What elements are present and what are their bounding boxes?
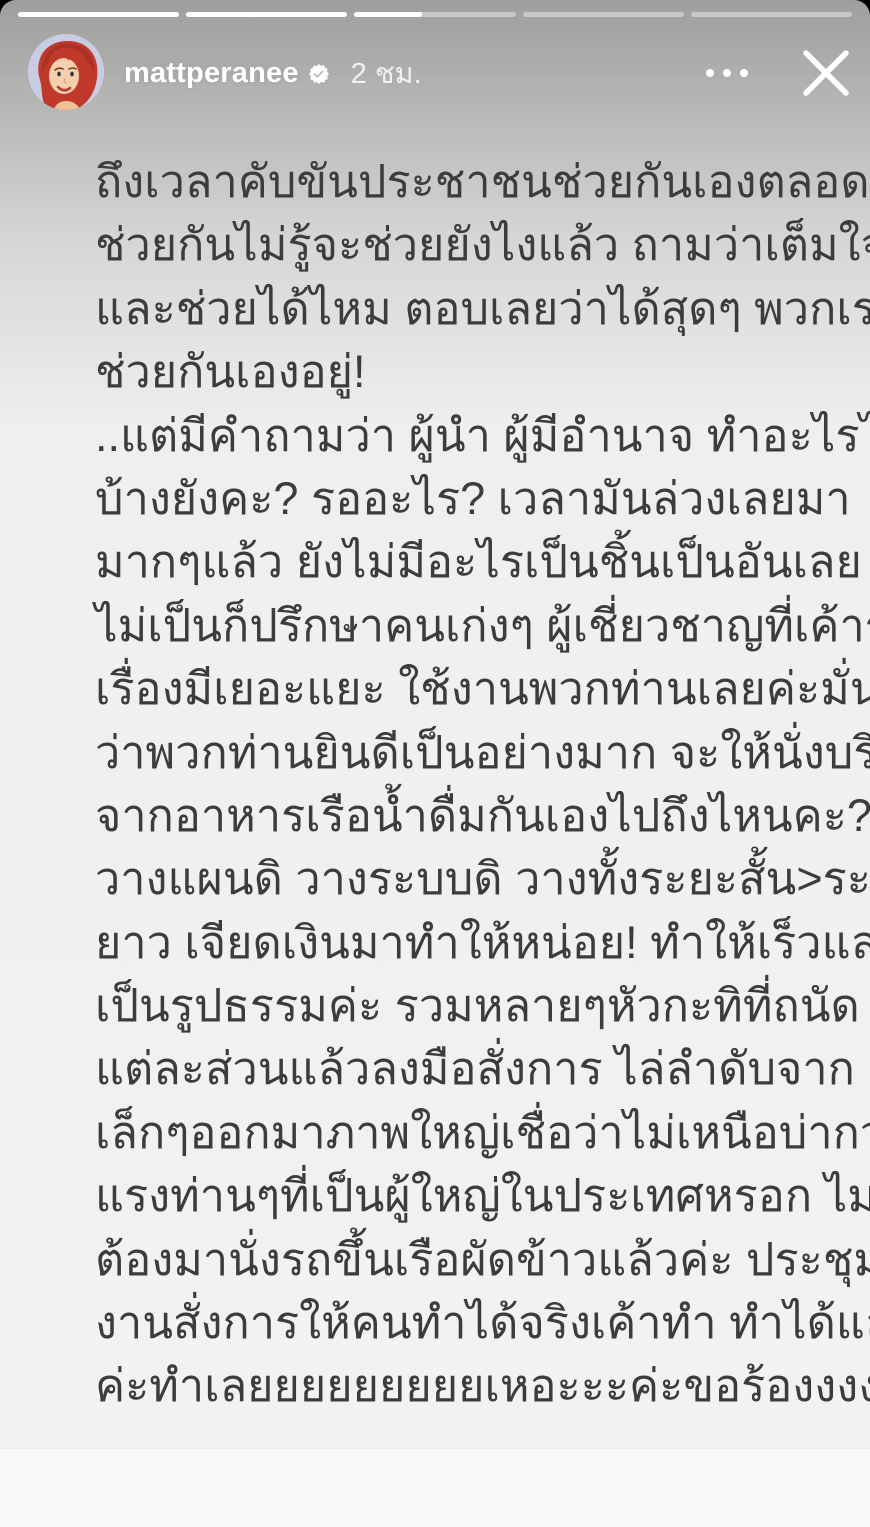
x-close-icon (802, 49, 850, 97)
story-text-line: ถึงเวลาคับขันประชาชนช่วยกันเองตลอด นี่ก็ (95, 150, 830, 213)
close-button[interactable] (800, 47, 852, 99)
story-text-line: แต่ละส่วนแล้วลงมือสั่งการ ไล่ลำดับจาก (95, 1037, 830, 1100)
story-text-line: ต้องมานั่งรถขึ้นเรือผัดข้าวแล้วค่ะ ประชุ… (95, 1228, 830, 1291)
story-text-line: ..แต่มีคำถามว่า ผู้นำ ผู้มีอำนาจ ทำอะไรไ… (95, 404, 830, 467)
story-text-line: แรงท่านๆที่เป็นผู้ใหญ่ในประเทศหรอก ไม่ (95, 1164, 830, 1227)
progress-segment (18, 12, 179, 17)
story-text-line: ว่าพวกท่านยินดีเป็นอย่างมาก จะให้นั่งบริ (95, 721, 830, 784)
avatar[interactable] (28, 34, 104, 110)
story-text-line: งานสั่งการให้คนทำได้จริงเค้าทำ ทำได้แล้ว (95, 1291, 830, 1354)
story-text-line: บ้างยังคะ? รออะไร? เวลามันล่วงเลยมา (95, 467, 830, 530)
story-text-line: เป็นรูปธรรมค่ะ รวมหลายๆหัวกะทิที่ถนัด (95, 974, 830, 1037)
story-text-line: และช่วยได้ไหม ตอบเลยว่าได้สุดๆ พวกเราก็ (95, 277, 830, 340)
more-options-button[interactable] (706, 69, 748, 77)
story-text-line: มากๆแล้ว ยังไม่มีอะไรเป็นชิ้นเป็นอันเลย … (95, 530, 830, 593)
progress-segment (186, 12, 347, 17)
progress-segment (523, 12, 684, 17)
dot-icon (706, 69, 714, 77)
story-text-line: เล็กๆออกมาภาพใหญ่เชื่อว่าไม่เหนือบ่ากว่า (95, 1101, 830, 1164)
mermaid-avatar-illustration (28, 34, 104, 110)
story-text-line: ยาว เจียดเงินมาทำให้หน่อย! ทำให้เร็วและ (95, 911, 830, 974)
story-text-line: ค่ะทำเลยยยยยยยยยเหอะะะค่ะขอร้องงงงง (95, 1354, 830, 1417)
story-text-line: จากอาหารเรือน้ำดื่มกันเองไปถึงไหนคะ? (95, 784, 830, 847)
bottom-strip (0, 1448, 870, 1527)
verified-badge-icon (309, 64, 329, 84)
username[interactable]: mattperanee (124, 57, 299, 90)
progress-segment (354, 12, 515, 17)
story-progress-bar (18, 12, 852, 17)
story-text-line: วางแผนดิ วางระบบดิ วางทั้งระยะสั้น>ระยะ (95, 847, 830, 910)
story-text-line: ช่วยกันเองอยู่! (95, 340, 830, 403)
story-timestamp: 2 ชม. (351, 50, 422, 96)
story-text: ถึงเวลาคับขันประชาชนช่วยกันเองตลอด นี่ก็… (95, 150, 830, 1418)
story-text-line: ช่วยกันไม่รู้จะช่วยยังไงแล้ว ถามว่าเต็มใ… (95, 213, 830, 276)
progress-segment (691, 12, 852, 17)
dot-icon (740, 69, 748, 77)
story-text-line: เรื่องมีเยอะแยะ ใช้งานพวกท่านเลยค่ะมั่นใ… (95, 657, 830, 720)
dot-icon (723, 69, 731, 77)
story-card[interactable]: mattperanee 2 ชม. ถึงเวลาคับขันประชาชนช่… (0, 0, 870, 1527)
story-header: mattperanee 2 ชม. (0, 30, 870, 116)
story-text-line: ไม่เป็นก็ปรึกษาคนเก่งๆ ผู้เชี่ยวชาญที่เค… (95, 594, 830, 657)
